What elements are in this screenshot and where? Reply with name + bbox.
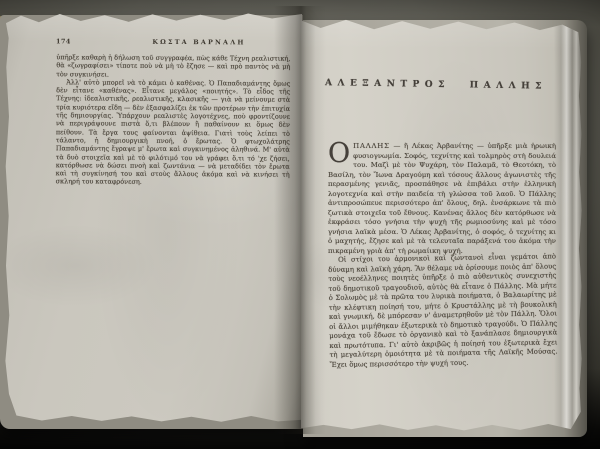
left-page-header: 174 ΚΩΣΤΑ ΒΑΡΝΑΛΗ	[56, 37, 290, 46]
right-page: ΑΛΕΞΑΝΤΡΟΣ ΠΑΛΛΗΣ ΟΠΑΛΛΗΣ — ἢ Λέκας Ἀρβα…	[301, 11, 582, 435]
paragraph: Ἀλλ' αὐτὸ μπορεῖ νὰ τὸ κάμει ὁ καθένας. …	[56, 78, 291, 187]
chapter-title: ΑΛΕΞΑΝΤΡΟΣ ΠΑΛΛΗΣ	[325, 78, 559, 92]
paragraph: Οἱ στίχοι του ἁρμονικοὶ καὶ ζωντανοὶ εἶν…	[328, 252, 558, 370]
lead-word: ΠΑΛΛΗΣ	[353, 142, 390, 150]
book-photo: 174 ΚΩΣΤΑ ΒΑΡΝΑΛΗ ὑπῆρξε καθαρὴ ἡ δήλωση…	[0, 0, 600, 449]
drop-cap: Ο	[328, 142, 353, 164]
paragraph: ΟΠΑΛΛΗΣ — ἢ Λέκας Ἀρβανίτης — ὑπῆρξε μιὰ…	[328, 142, 556, 256]
running-head-author: ΚΩΣΤΑ ΒΑΡΝΑΛΗ	[108, 38, 290, 47]
paragraph: ὑπῆρξε καθαρὴ ἡ δήλωση τοῦ συγγραφέα, πὼ…	[56, 53, 290, 79]
paragraph-text: — ἢ Λέκας Ἀρβανίτης — ὑπῆρξε μιὰ ἡρωικὴ …	[328, 142, 556, 255]
left-page-text: ὑπῆρξε καθαρὴ ἡ δήλωση τοῦ συγγραφέα, πὼ…	[56, 53, 291, 187]
right-page-text: ΟΠΑΛΛΗΣ — ἢ Λέκας Ἀρβανίτης — ὑπῆρξε μιὰ…	[328, 142, 556, 370]
page-number: 174	[56, 37, 108, 45]
left-page: 174 ΚΩΣΤΑ ΒΑΡΝΑΛΗ ὑπῆρξε καθαρὴ ἡ δήλωση…	[3, 9, 302, 423]
